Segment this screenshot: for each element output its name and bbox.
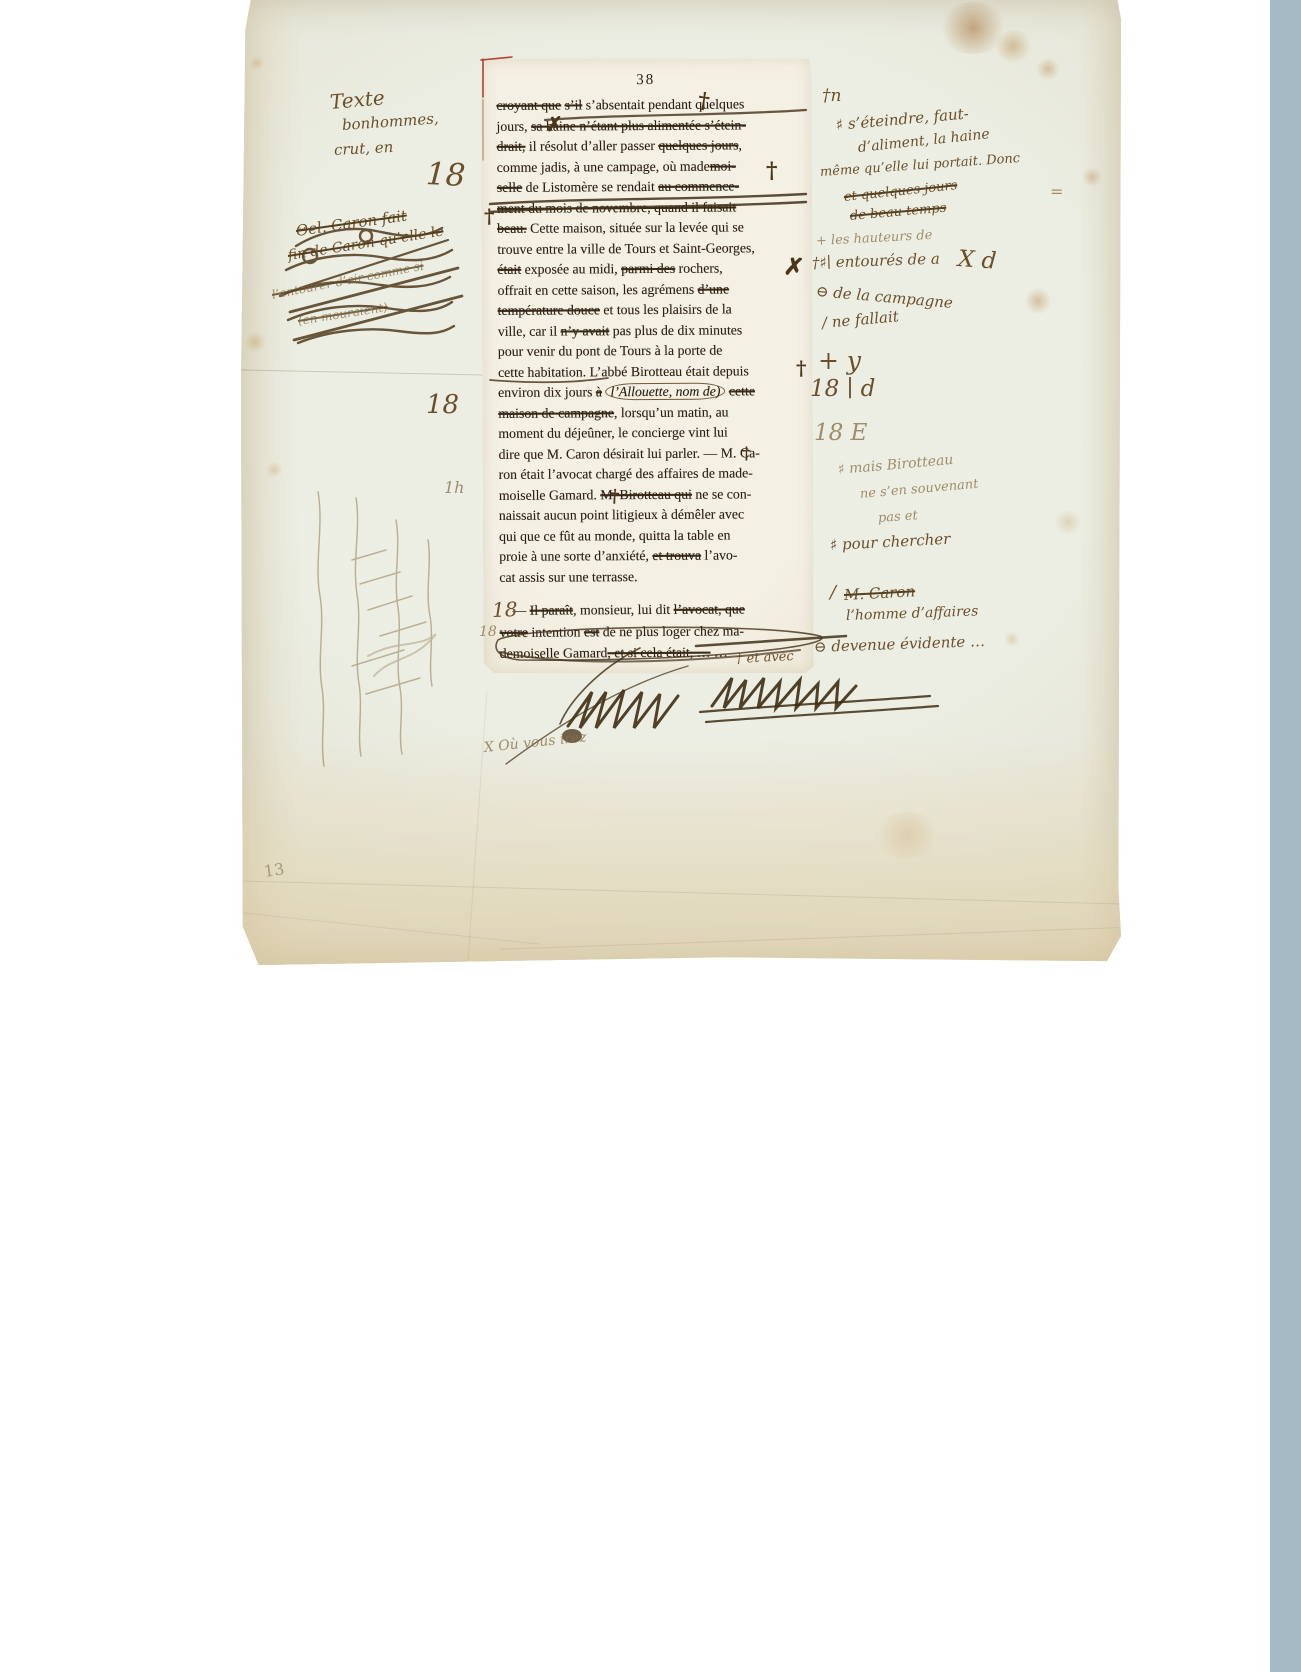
proof-line: selle de Listomère se rendait au commenc… <box>497 176 802 198</box>
proof-line: offrait en cette saison, les agrémens d’… <box>497 279 802 301</box>
proof-text-segment: et trouva <box>652 548 701 563</box>
proof-text-segment: cette habitation. L’abbé Birotteau était… <box>498 363 749 380</box>
fold-crease <box>241 880 1121 904</box>
proof-text-segment: demoiselle Gamard <box>500 645 608 661</box>
proof-text-segment: , lorsqu’un matin, au <box>614 404 729 420</box>
proof-text-segment: au commence- <box>658 178 739 193</box>
proof-line: jours, sa haine n’étant plus alimentée s… <box>496 115 801 137</box>
proof-text-segment: à <box>596 384 602 399</box>
proof-text-segment: était <box>497 262 521 277</box>
stain-spot <box>937 2 1009 54</box>
proof-line: environ dix jours à l’Allouette, nom de)… <box>498 381 803 403</box>
proof-text-segment: environ dix jours <box>498 384 596 400</box>
proof-text-segment: moi- <box>710 158 736 173</box>
proof-line: était exposée au midi, parmi des rochers… <box>497 258 802 280</box>
proof-text-segment: exposée au midi, <box>521 261 621 277</box>
stain-spot <box>1035 58 1061 80</box>
proof-text-segment: naissait aucun point litigieux à démêler… <box>499 506 744 522</box>
proof-line: demoiselle Gamard, et si cela était, … … <box>500 641 805 664</box>
proof-text-segment: s’il <box>565 97 583 112</box>
proof-line: cette habitation. L’abbé Birotteau était… <box>498 361 803 383</box>
proof-line: pour venir du pont de Tours à la porte d… <box>498 340 803 362</box>
stain-spot <box>871 812 943 858</box>
stain-spot <box>243 332 267 352</box>
proof-text-segment: , et si cela était, … <box>607 645 710 661</box>
proof-text-segment: il résolut d’aller passer <box>525 138 658 154</box>
proof-text-segment: moiselle Gamard. <box>499 487 601 503</box>
proof-text-segment: rochers, <box>675 261 723 276</box>
proof-text-segment: ment du mois de novembre, quand il faisa… <box>497 199 736 215</box>
proof-text-segment: n’y avait <box>561 323 610 338</box>
proof-line: qui que ce fût au monde, quitta la table… <box>499 525 804 547</box>
proof-text-segment: s’absentait pendant quelques <box>582 96 744 112</box>
proof-text-segment: offrait en cette saison, les agrémens <box>497 281 697 297</box>
proof-text-segment: trouve entre la ville de Tours et Saint-… <box>497 240 755 257</box>
proof-text-segment: dire que M. Caron désirait lui parler. —… <box>498 445 759 462</box>
screenshot-root: 38 croyant que s’il s’absentait pendant … <box>0 0 1301 1672</box>
fold-crease <box>499 927 1119 950</box>
proof-line: votre intention est de ne plus loger che… <box>500 620 805 643</box>
proof-text-segment: selle <box>497 180 522 195</box>
proof-line: moment du déjeûner, le concierge vint lu… <box>498 422 803 444</box>
proof-text-segment: de ne plus loger chez ma- <box>599 623 744 639</box>
proof-line: ville, car il n’y avait pas plus de dix … <box>498 320 803 342</box>
right-blue-band <box>1270 0 1301 1672</box>
proof-text-segment: parmi des <box>621 261 675 276</box>
proof-text-segment: ville, car il <box>498 323 561 338</box>
stain-spot <box>1003 632 1021 646</box>
stain-spot <box>1023 288 1053 314</box>
stain-spot <box>249 56 265 70</box>
proof-text-segment: intention <box>528 624 584 639</box>
proof-text-segment: est <box>584 624 599 639</box>
proof-text-segment: cette <box>729 383 755 398</box>
proof-text-segment: l’Allouette, nom de) <box>605 383 725 401</box>
stain-spot <box>1053 510 1083 534</box>
proof-text-segment: — <box>512 603 529 618</box>
proof-text-segment: … <box>710 645 727 660</box>
proof-text-segment: et tous les plaisirs de la <box>600 301 732 317</box>
stain-spot <box>1081 168 1103 186</box>
page-number: 38 <box>480 71 811 90</box>
proof-line: proie à une sorte d’anxiété, et trouva l… <box>499 545 804 567</box>
proof-line: croyant que s’il s’absentait pendant que… <box>496 94 801 116</box>
proof-text-segment: votre <box>500 624 528 639</box>
fold-crease <box>468 690 488 959</box>
proof-text-segment: pour venir du pont de Tours à la porte d… <box>498 343 723 359</box>
proof-text-segment: l’avo- <box>701 547 737 562</box>
proof-line: drait, il résolut d’aller passer quelque… <box>497 135 802 157</box>
proof-line: naissait aucun point litigieux à démêler… <box>499 504 804 526</box>
proof-text-segment: Cette maison, située sur la levée qui se <box>527 219 744 235</box>
proof-text-segment: ron était l’avocat chargé des affaires d… <box>499 465 753 482</box>
proof-line: ment du mois de novembre, quand il faisa… <box>497 197 802 219</box>
proof-text-segment: moment du déjeûner, le concierge vint lu… <box>498 425 728 441</box>
proof-line: température douce et tous les plaisirs d… <box>498 299 803 321</box>
stain-spot <box>993 30 1033 62</box>
proof-text-segment: quelques jours <box>658 137 738 152</box>
proof-text-segment: beau. <box>497 221 527 236</box>
proof-line: trouve entre la ville de Tours et Saint-… <box>497 238 802 260</box>
proof-line: maison de campagne, lorsqu’un matin, au <box>498 402 803 424</box>
proof-dialogue-block: — Il paraît, monsieur, lui dit l’avocat,… <box>499 598 804 664</box>
proof-text-segment: sa haine n’étant plus alimentée s’étein- <box>531 117 746 133</box>
proof-text-segment: de Listomère se rendait <box>522 179 658 195</box>
proof-line: ron était l’avocat chargé des affaires d… <box>499 463 804 485</box>
proof-line: dire que M. Caron désirait lui parler. —… <box>498 443 803 465</box>
proof-text-segment: maison de campagne <box>498 405 614 421</box>
proof-text-segment: proie à une sorte d’anxiété, <box>499 548 652 564</box>
proof-line: beau. Cette maison, située sur la levée … <box>497 217 802 239</box>
proof-text-segment: M. Birotteau qui <box>600 486 692 502</box>
proof-text-segment: ne se con- <box>692 486 751 501</box>
fold-crease <box>242 912 540 944</box>
proof-text-segment: l’avocat, que <box>674 601 745 616</box>
proof-text-segment: cat assis sur une terrasse. <box>499 569 637 585</box>
proof-text-segment: jours, <box>496 118 531 133</box>
stain-spot <box>265 462 283 478</box>
proof-text-segment: Il paraît <box>530 602 573 617</box>
pasted-proof-slip: 38 croyant que s’il s’absentait pendant … <box>480 57 815 675</box>
proof-text-segment: , <box>738 137 742 152</box>
proof-line: moiselle Gamard. M. Birotteau qui ne se … <box>499 484 804 506</box>
proof-text-segment: pas plus de dix minutes <box>609 322 742 338</box>
proof-text-segment: d’une <box>698 281 730 296</box>
proof-line: cat assis sur une terrasse. <box>499 566 804 588</box>
proof-text-segment: comme jadis, à une campage, où made <box>497 158 710 174</box>
proof-text-block: croyant que s’il s’absentait pendant que… <box>496 94 804 588</box>
proof-line: comme jadis, à une campage, où mademoi- <box>497 156 802 178</box>
proof-text-segment: qui que ce fût au monde, quitta la table… <box>499 527 730 543</box>
proof-line: — Il paraît, monsieur, lui dit l’avocat,… <box>499 598 804 621</box>
proof-text-segment: croyant que <box>496 98 561 113</box>
proof-text-segment: température douce <box>498 302 600 318</box>
fold-crease <box>241 369 483 375</box>
proof-text-segment: , monsieur, lui dit <box>573 602 674 618</box>
proof-text-segment: drait, <box>497 139 526 154</box>
